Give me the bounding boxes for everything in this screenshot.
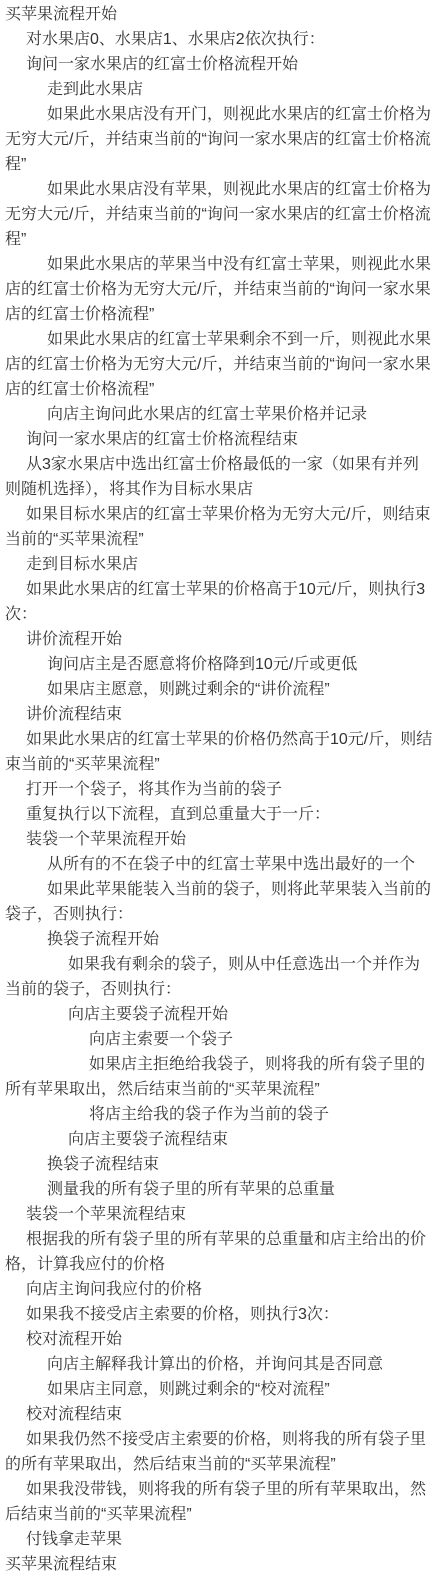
procedure-line: 校对流程结束 — [5, 1402, 434, 1427]
indent-spacer — [5, 518, 26, 519]
procedure-line: 如果我有剩余的袋子，则从中任意选出一个并作为当前的袋子，否则执行： — [5, 952, 434, 1002]
procedure-line: 如果此水果店没有开门，则视此水果店的红富士价格为无穷大元/斤，并结束当前的“询问… — [5, 102, 434, 177]
procedure-line-text: 询问一家水果店的红富士价格流程结束 — [26, 431, 298, 448]
procedure-line: 买苹果流程结束 — [5, 1552, 434, 1577]
procedure-line: 打开一个袋子，将其作为当前的袋子 — [5, 777, 434, 802]
procedure-line-text: 校对流程开始 — [26, 1331, 122, 1348]
procedure-line: 如果我不接受店主索要的价格，则执行3次： — [5, 1302, 434, 1327]
procedure-line-text: 换袋子流程结束 — [47, 1156, 159, 1173]
procedure-line-text: 如果店主同意，则跳过剩余的“校对流程” — [47, 1381, 330, 1398]
procedure-line-text: 对水果店0、水果店1、水果店2依次执行： — [26, 31, 325, 48]
procedure-line: 询问一家水果店的红富士价格流程结束 — [5, 427, 434, 452]
procedure-line-text: 询问店主是否愿意将价格降到10元/斤或更低 — [47, 656, 357, 673]
procedure-line-text: 装袋一个苹果流程结束 — [26, 1206, 186, 1223]
indent-spacer — [5, 818, 26, 819]
procedure-line-text: 测量我的所有袋子里的所有苹果的总重量 — [47, 1181, 335, 1198]
indent-spacer — [5, 1543, 26, 1544]
indent-spacer — [5, 1218, 26, 1219]
indent-spacer — [5, 718, 26, 719]
indent-spacer — [5, 968, 68, 969]
indent-spacer — [5, 1293, 26, 1294]
procedure-line: 如果店主拒绝给我袋子，则将我的所有袋子里的所有苹果取出，然后结束当前的“买苹果流… — [5, 1052, 434, 1102]
procedure-line-text: 如果此水果店的红富士苹果的价格高于10元/斤，则执行3次： — [5, 581, 425, 623]
procedure-line-text: 向店主询问此水果店的红富士苹果价格并记录 — [47, 406, 367, 423]
indent-spacer — [5, 1168, 47, 1169]
indent-spacer — [5, 93, 47, 94]
procedure-line: 如果我没带钱，则将我的所有袋子里的所有苹果取出，然后结束当前的“买苹果流程” — [5, 1477, 434, 1527]
indent-spacer — [5, 193, 47, 194]
procedure-line: 如果此水果店没有苹果，则视此水果店的红富士价格为无穷大元/斤，并结束当前的“询问… — [5, 177, 434, 252]
procedure-line-text: 如果店主拒绝给我袋子，则将我的所有袋子里的所有苹果取出，然后结束当前的“买苹果流… — [5, 1056, 425, 1098]
procedure-line: 询问店主是否愿意将价格降到10元/斤或更低 — [5, 652, 434, 677]
procedure-line-text: 向店主索要一个袋子 — [89, 1031, 233, 1048]
procedure-line: 装袋一个苹果流程开始 — [5, 827, 434, 852]
procedure-line: 走到此水果店 — [5, 77, 434, 102]
procedure-line: 讲价流程开始 — [5, 627, 434, 652]
procedure-line-text: 将店主给我的袋子作为当前的袋子 — [89, 1106, 329, 1123]
procedure-line: 校对流程开始 — [5, 1327, 434, 1352]
procedure-line: 如果此水果店的苹果当中没有红富士苹果，则视此水果店的红富士价格为无穷大元/斤，并… — [5, 252, 434, 327]
procedure-line: 如果店主愿意，则跳过剩余的“讲价流程” — [5, 677, 434, 702]
procedure-line: 如果此苹果能装入当前的袋子，则将此苹果装入当前的袋子，否则执行： — [5, 877, 434, 927]
indent-spacer — [5, 118, 47, 119]
procedure-line: 从所有的不在袋子中的红富士苹果中选出最好的一个 — [5, 852, 434, 877]
procedure-line-text: 装袋一个苹果流程开始 — [26, 831, 186, 848]
procedure-line: 走到目标水果店 — [5, 552, 434, 577]
procedure-line-text: 换袋子流程开始 — [47, 931, 159, 948]
procedure-line-text: 如果目标水果店的红富士苹果价格为无穷大元/斤，则结束当前的“买苹果流程” — [5, 506, 430, 548]
procedure-line-text: 校对流程结束 — [26, 1406, 122, 1423]
indent-spacer — [5, 643, 26, 644]
procedure-line-text: 如果店主愿意，则跳过剩余的“讲价流程” — [47, 681, 330, 698]
indent-spacer — [5, 693, 47, 694]
procedure-line: 向店主要袋子流程结束 — [5, 1127, 434, 1152]
indent-spacer — [5, 843, 26, 844]
procedure-line-text: 如果此水果店没有苹果，则视此水果店的红富士价格为无穷大元/斤，并结束当前的“询问… — [5, 181, 431, 248]
procedure-line: 向店主索要一个袋子 — [5, 1027, 434, 1052]
procedure-line-text: 如果此水果店的红富士苹果的价格仍然高于10元/斤，则结束当前的“买苹果流程” — [5, 731, 432, 773]
procedure-line-text: 询问一家水果店的红富士价格流程开始 — [26, 56, 298, 73]
procedure-line-text: 如果我有剩余的袋子，则从中任意选出一个并作为当前的袋子，否则执行： — [5, 956, 420, 998]
indent-spacer — [5, 1118, 89, 1119]
indent-spacer — [5, 593, 26, 594]
procedure-line-text: 如果此苹果能装入当前的袋子，则将此苹果装入当前的袋子，否则执行： — [5, 881, 431, 923]
indent-spacer — [5, 868, 47, 869]
procedure-line-text: 根据我的所有袋子里的所有苹果的总重量和店主给出的价格，计算我应付的价格 — [5, 1231, 426, 1273]
procedure-line-text: 如果此水果店的苹果当中没有红富士苹果，则视此水果店的红富士价格为无穷大元/斤，并… — [5, 256, 431, 323]
indent-spacer — [5, 893, 47, 894]
indent-spacer — [5, 443, 26, 444]
procedure-line: 如果此水果店的红富士苹果剩余不到一斤，则视此水果店的红富士价格为无穷大元/斤，并… — [5, 327, 434, 402]
indent-spacer — [5, 1443, 26, 1444]
indent-spacer — [5, 1143, 68, 1144]
procedure-line: 装袋一个苹果流程结束 — [5, 1202, 434, 1227]
procedure-line-text: 从3家水果店中选出红富士价格最低的一家（如果有并列则随机选择），将其作为目标水果… — [5, 456, 419, 498]
procedure-line: 向店主询问我应付的价格 — [5, 1277, 434, 1302]
indent-spacer — [5, 1068, 89, 1069]
procedure-line-text: 向店主要袋子流程结束 — [68, 1131, 228, 1148]
procedure-line-text: 买苹果流程开始 — [5, 6, 117, 23]
procedure-line: 重复执行以下流程，直到总重量大于一斤： — [5, 802, 434, 827]
procedure-line-text: 如果我不接受店主索要的价格，则执行3次： — [26, 1306, 339, 1323]
procedure-line-text: 如果我仍然不接受店主索要的价格，则将我的所有袋子里的所有苹果取出，然后结束当前的… — [5, 1431, 426, 1473]
procedure-line: 根据我的所有袋子里的所有苹果的总重量和店主给出的价格，计算我应付的价格 — [5, 1227, 434, 1277]
indent-spacer — [5, 43, 26, 44]
procedure-line-text: 如果此水果店没有开门，则视此水果店的红富士价格为无穷大元/斤，并结束当前的“询问… — [5, 106, 431, 173]
procedure-line-text: 向店主要袋子流程开始 — [68, 1006, 228, 1023]
procedure-line: 换袋子流程结束 — [5, 1152, 434, 1177]
procedure-line: 测量我的所有袋子里的所有苹果的总重量 — [5, 1177, 434, 1202]
indent-spacer — [5, 468, 26, 469]
indent-spacer — [5, 1368, 47, 1369]
procedure-line: 如果目标水果店的红富士苹果价格为无穷大元/斤，则结束当前的“买苹果流程” — [5, 502, 434, 552]
procedure-line: 如果此水果店的红富士苹果的价格高于10元/斤，则执行3次： — [5, 577, 434, 627]
procedure-document: 买苹果流程开始对水果店0、水果店1、水果店2依次执行：询问一家水果店的红富士价格… — [0, 0, 440, 1587]
procedure-line: 讲价流程结束 — [5, 702, 434, 727]
procedure-line: 对水果店0、水果店1、水果店2依次执行： — [5, 27, 434, 52]
procedure-line-text: 从所有的不在袋子中的红富士苹果中选出最好的一个 — [47, 856, 415, 873]
procedure-line-text: 如果我没带钱，则将我的所有袋子里的所有苹果取出，然后结束当前的“买苹果流程” — [5, 1481, 426, 1523]
procedure-line: 将店主给我的袋子作为当前的袋子 — [5, 1102, 434, 1127]
indent-spacer — [5, 668, 47, 669]
indent-spacer — [5, 568, 26, 569]
procedure-line: 向店主解释我计算出的价格，并询问其是否同意 — [5, 1352, 434, 1377]
indent-spacer — [5, 418, 47, 419]
procedure-line: 向店主要袋子流程开始 — [5, 1002, 434, 1027]
indent-spacer — [5, 1193, 47, 1194]
indent-spacer — [5, 743, 26, 744]
indent-spacer — [5, 343, 47, 344]
procedure-line-text: 重复执行以下流程，直到总重量大于一斤： — [26, 806, 330, 823]
procedure-line: 向店主询问此水果店的红富士苹果价格并记录 — [5, 402, 434, 427]
procedure-line: 询问一家水果店的红富士价格流程开始 — [5, 52, 434, 77]
procedure-line: 付钱拿走苹果 — [5, 1527, 434, 1552]
indent-spacer — [5, 268, 47, 269]
indent-spacer — [5, 1243, 26, 1244]
indent-spacer — [5, 1043, 89, 1044]
procedure-line-text: 讲价流程开始 — [26, 631, 122, 648]
indent-spacer — [5, 943, 47, 944]
procedure-line-text: 向店主解释我计算出的价格，并询问其是否同意 — [47, 1356, 383, 1373]
procedure-line-text: 打开一个袋子，将其作为当前的袋子 — [26, 781, 282, 798]
indent-spacer — [5, 1318, 26, 1319]
indent-spacer — [5, 68, 26, 69]
indent-spacer — [5, 1018, 68, 1019]
procedure-line-text: 走到此水果店 — [47, 81, 143, 98]
procedure-line: 如果我仍然不接受店主索要的价格，则将我的所有袋子里的所有苹果取出，然后结束当前的… — [5, 1427, 434, 1477]
procedure-line: 换袋子流程开始 — [5, 927, 434, 952]
procedure-line: 如果此水果店的红富士苹果的价格仍然高于10元/斤，则结束当前的“买苹果流程” — [5, 727, 434, 777]
indent-spacer — [5, 793, 26, 794]
procedure-line-text: 走到目标水果店 — [26, 556, 138, 573]
procedure-line-text: 买苹果流程结束 — [5, 1556, 117, 1573]
procedure-line: 如果店主同意，则跳过剩余的“校对流程” — [5, 1377, 434, 1402]
procedure-line-text: 如果此水果店的红富士苹果剩余不到一斤，则视此水果店的红富士价格为无穷大元/斤，并… — [5, 331, 431, 398]
procedure-line-text: 向店主询问我应付的价格 — [26, 1281, 202, 1298]
indent-spacer — [5, 1393, 47, 1394]
indent-spacer — [5, 1418, 26, 1419]
indent-spacer — [5, 1343, 26, 1344]
procedure-line: 买苹果流程开始 — [5, 2, 434, 27]
procedure-line: 从3家水果店中选出红富士价格最低的一家（如果有并列则随机选择），将其作为目标水果… — [5, 452, 434, 502]
procedure-line-text: 讲价流程结束 — [26, 706, 122, 723]
indent-spacer — [5, 1493, 26, 1494]
procedure-line-text: 付钱拿走苹果 — [26, 1531, 122, 1548]
